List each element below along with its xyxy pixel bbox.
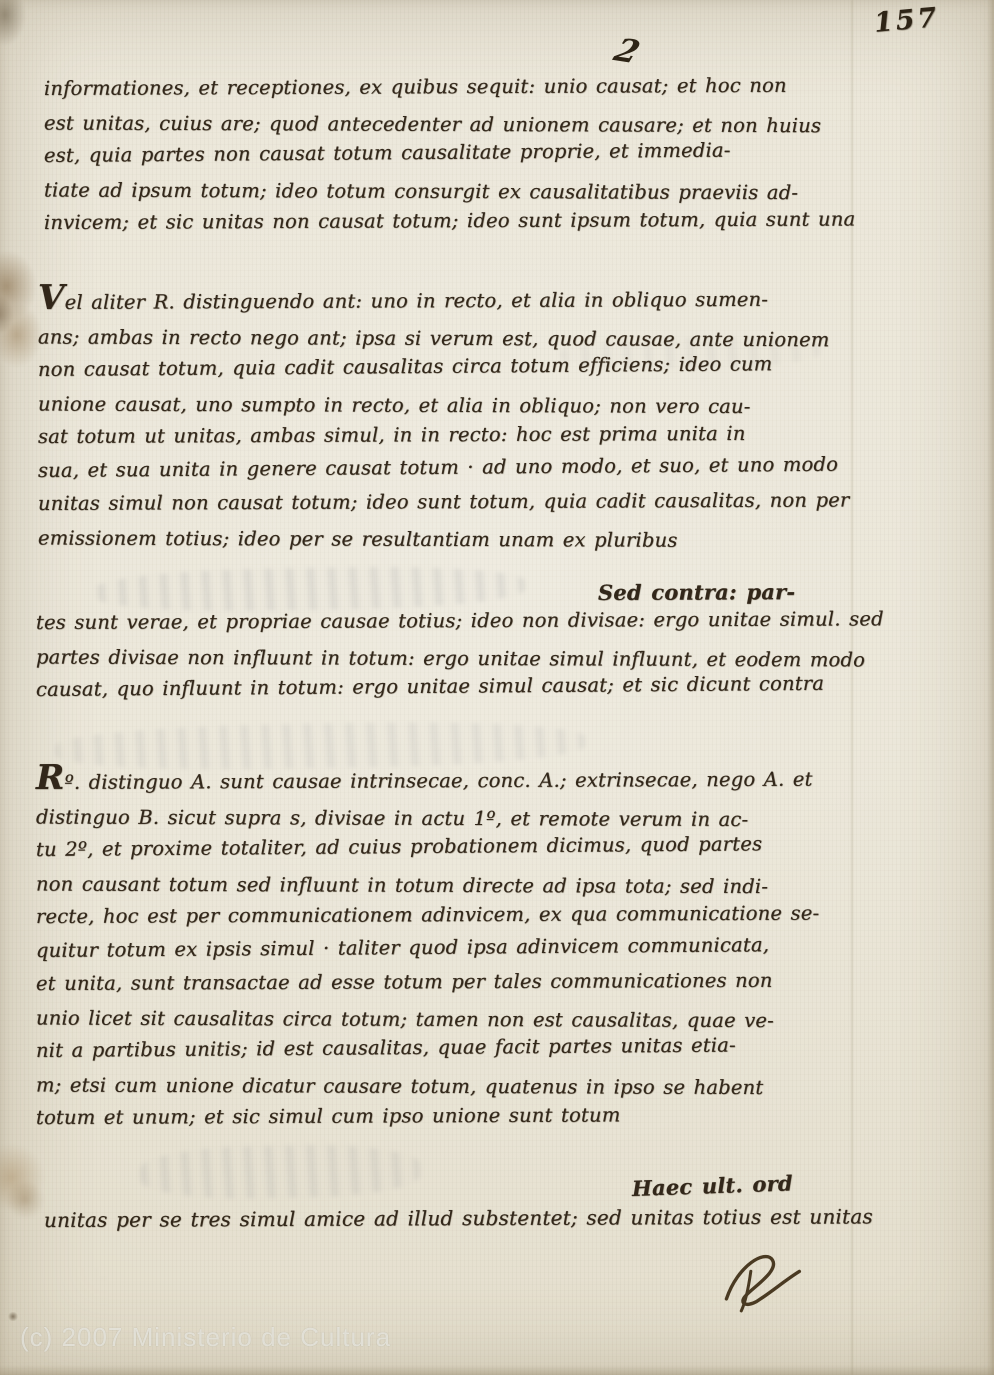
quire-mark: 2 [610,33,644,69]
manuscript-line: unitas per se tres simul amice ad illud … [44,1200,873,1237]
manuscript-line: emissionem totius; ideo per se resultant… [38,521,850,557]
folio-number: 157 [873,3,941,39]
paragraph-3: tes sunt verae, et propriae causae totiu… [36,606,884,707]
manuscript-line: tes sunt verae, et propriae causae totiu… [36,602,884,639]
manuscript-line: Rº. distinguo A. sunt causae intrinsecae… [36,763,819,800]
manuscript-line: Vel aliter R. distinguendo ant: uno in r… [38,282,850,319]
manuscript-line: totum et unum; et sic simul cum ipso uni… [36,1098,819,1135]
manuscript-line: informationes, et receptiones, ex quibus… [44,68,856,105]
scribal-flourish-icon [708,1238,813,1321]
paragraph-2: Vel aliter R. distinguendo ant: uno in r… [38,286,850,554]
manuscript-line: quitur totum ex ipsis simul · taliter qu… [36,927,820,967]
manuscript-line: et unita, sunt transactae ad esse totum … [36,964,819,1001]
final-line: unitas per se tres simul amice ad illud … [44,1204,873,1238]
page-edge-shadow [987,0,994,1375]
paragraph-1: informationes, et receptiones, ex quibus… [44,72,855,240]
ink-speck [8,1312,18,1321]
corner-stain [0,0,26,46]
manuscript-line: nit a partibus unitis; id est causalitas… [36,1028,820,1068]
showthrough-smudge [140,1144,421,1201]
manuscript-line: causat, quo influunt in totum: ergo unit… [36,666,884,706]
manuscript-line: non causat totum, quia cadit causalitas … [38,347,850,387]
manuscript-line: est, quia partes non causat totum causal… [44,133,856,173]
page-edge-shadow [0,1365,994,1375]
manuscript-line: tu 2º, et proxime totaliter, ad cuius pr… [36,827,820,867]
manuscript-line: unitas simul non causat totum; ideo sunt… [38,483,850,520]
manuscript-line: sua, et sua unita in genere causat totum… [38,447,850,487]
paragraph-4: Rº. distinguo A. sunt causae intrinsecae… [36,766,819,1135]
manuscript-page: 157 2 informationes, et receptiones, ex … [0,0,994,1375]
manuscript-line: invicem; et sic unitas non causat totum;… [44,202,856,239]
manuscript-line: Haec ult. ord [631,1166,793,1205]
copyright-watermark: (c) 2007 Ministerio de Cultura [20,1320,391,1354]
